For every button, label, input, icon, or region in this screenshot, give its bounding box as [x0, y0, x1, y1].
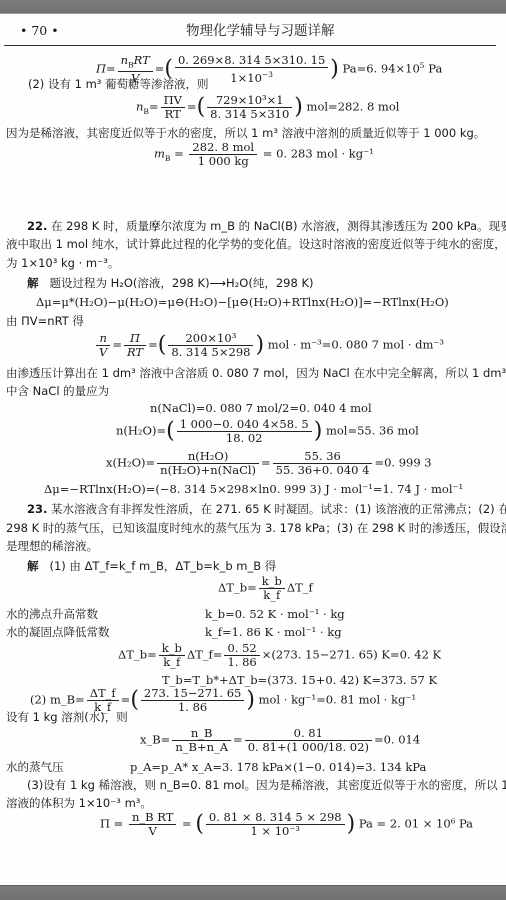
formula-delta-mu: Δμ=μ*(H₂O)−μ(H₂O)=μ⊖(H₂O)−[μ⊖(H₂O)+RTlnx… — [36, 295, 449, 309]
formula-mB: mB = 282. 8 mol1 000 kg = 0. 283 mol · k… — [154, 141, 374, 168]
document-page: • 70 • 物理化学辅导与习题详解 Π=nBRTV=(0. 269×8. 31… — [0, 14, 506, 885]
question-22-line-2: 液中取出 1 mol 纯水，试计算此过程的化学势的变化值。设这时溶液的密度近似等… — [6, 237, 506, 251]
formula-osmotic-pressure-2: Π = n_B RTV = (0. 81 × 8. 314 5 × 2981 ×… — [100, 811, 473, 838]
text-from-pv-nrt: 由 ΠV=nRT 得 — [6, 314, 84, 328]
label-kf: 水的凝固点降低常数 — [6, 625, 110, 639]
text-part3-line-2: 溶液的体积为 1×10⁻³ m³。 — [6, 796, 152, 810]
text-nacl-amount: 中含 NaCl 的量应为 — [6, 384, 109, 398]
value-kf: k_f=1. 86 K · mol⁻¹ · kg — [205, 625, 342, 639]
text-dilute-solution: 因为是稀溶液，其密度近似等于水的密度，所以 1 m³ 溶液中溶剂的质量近似等于 … — [6, 126, 485, 140]
header-rule — [4, 45, 496, 46]
formula-xB: x_B=n_Bn_B+n_A=0. 810. 81+(1 000/18. 02)… — [140, 727, 420, 754]
text-1kg-solvent: 设有 1 kg 溶剂(水)，则 — [6, 710, 128, 724]
text-osmotic-calc: 由渗透压计算出在 1 dm³ 溶液中含溶质 0. 080 7 mol，因为 Na… — [6, 366, 506, 380]
formula-delta-mu-result: Δμ=−RTlnx(H₂O)=(−8. 314 5×298×ln0. 999 3… — [44, 482, 463, 496]
formula-delta-tb: ΔT_b=k_bk_fΔT_f — [218, 575, 313, 602]
text-part2-intro: (2) 设有 1 m³ 葡萄糖等渗溶液，则 — [28, 77, 209, 91]
question-23-line-3: 是理想的稀溶液。 — [6, 539, 98, 553]
formula-tb: T_b=T_b*+ΔT_b=(373. 15+0. 42) K=373. 57 … — [162, 673, 437, 687]
formula-nB: nB=ΠVRT=(729×10³×18. 314 5×310) mol=282.… — [136, 94, 399, 121]
question-22-line-3: 为 1×10³ kg · m⁻³。 — [6, 256, 119, 270]
question-22-line-1: 22. 在 298 K 时，质量摩尔浓度为 m_B 的 NaCl(B) 水溶液，… — [27, 219, 506, 233]
page-number: • 70 • — [20, 24, 59, 38]
formula-x-h2o: x(H₂O)=n(H₂O)n(H₂O)+n(NaCl)=55. 3655. 36… — [106, 450, 432, 477]
formula-n-h2o: n(H₂O)=(1 000−0. 040 4×58. 518. 02) mol=… — [116, 418, 419, 445]
top-toolbar — [0, 0, 506, 14]
value-vapor-pressure: p_A=p_A* x_A=3. 178 kPa×(1−0. 014)=3. 13… — [130, 760, 426, 774]
text-part3-line-1: (3)设有 1 kg 稀溶液，则 n_B=0. 81 mol。因为是稀溶液，其密… — [27, 778, 506, 792]
formula-delta-tb-calc: ΔT_b=k_bk_fΔT_f=0. 521. 86×(273. 15−271.… — [118, 642, 441, 669]
formula-n-nacl: n(NaCl)=0. 080 7 mol/2=0. 040 4 mol — [150, 401, 372, 415]
value-kb: k_b=0. 52 K · mol⁻¹ · kg — [205, 607, 345, 621]
solution-23-part1: 解 (1) 由 ΔT_f=k_f m_B，ΔT_b=k_b m_B 得 — [27, 559, 276, 573]
label-vapor-pressure: 水的蒸气压 — [6, 760, 64, 774]
book-title: 物理化学辅导与习题详解 — [186, 24, 335, 38]
question-23-line-2: 298 K 时的蒸气压，已知该温度时纯水的蒸气压为 3. 178 kPa；(3)… — [6, 521, 506, 535]
solution-22-process: 解 题设过程为 H₂O(溶液，298 K)⟶H₂O(纯，298 K) — [27, 276, 313, 290]
formula-n-over-v: nV=ΠRT=(200×10³8. 314 5×298) mol · m⁻³=0… — [94, 332, 444, 359]
label-kb: 水的沸点升高常数 — [6, 607, 98, 621]
bottom-toolbar — [0, 885, 506, 900]
question-23-line-1: 23. 某水溶液含有非挥发性溶质，在 271. 65 K 时凝固。试求：(1) … — [27, 502, 506, 516]
